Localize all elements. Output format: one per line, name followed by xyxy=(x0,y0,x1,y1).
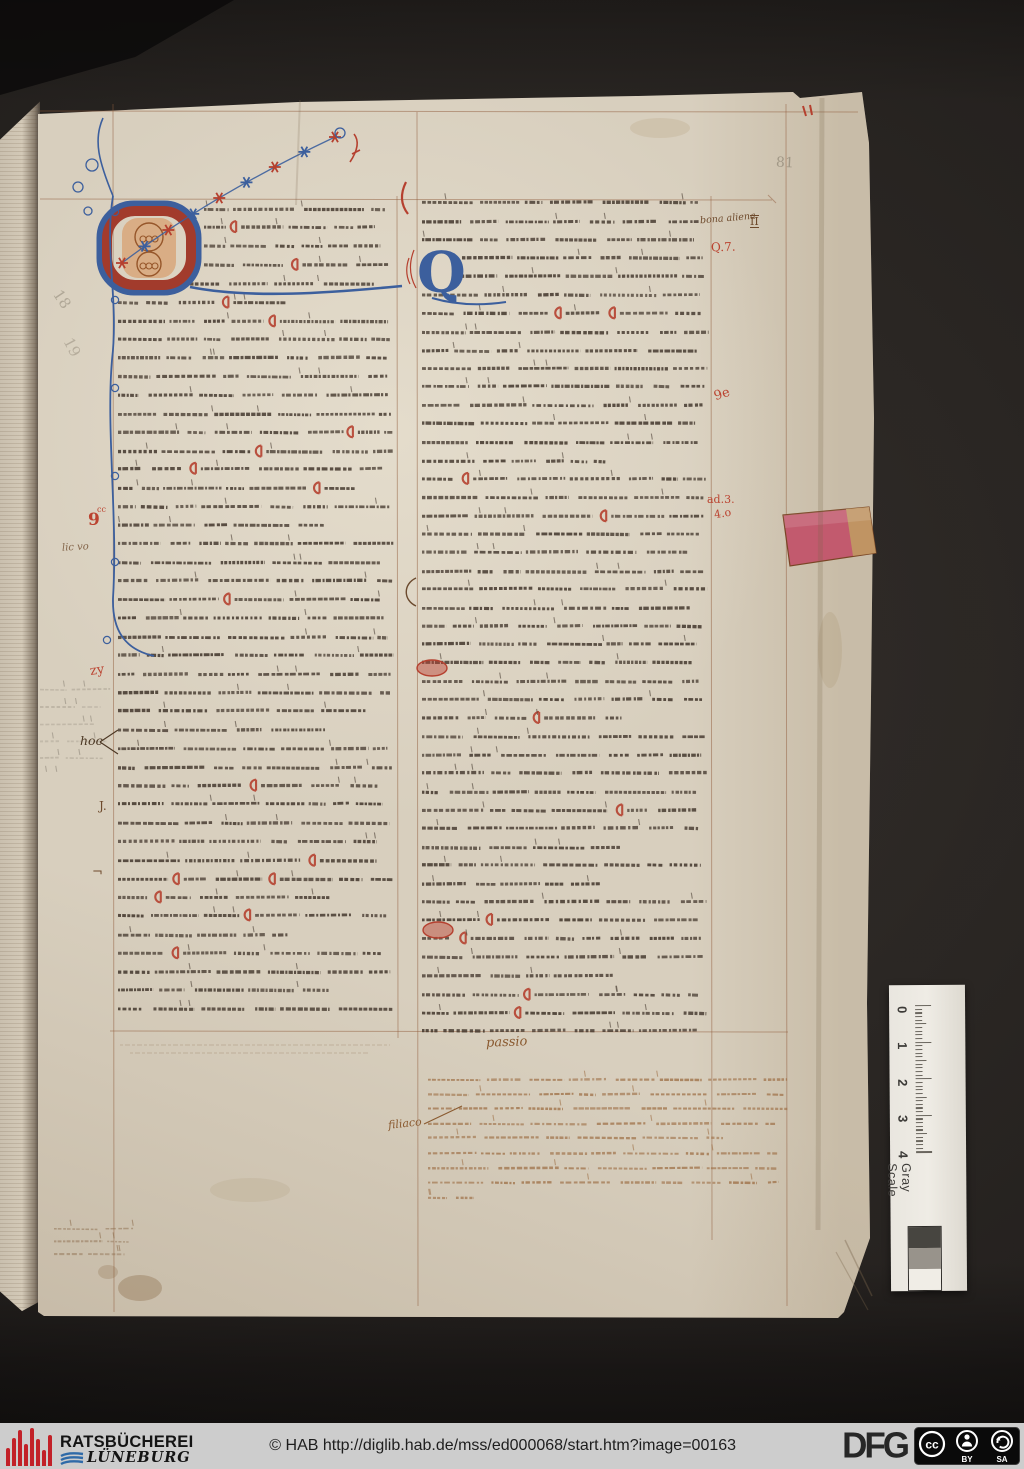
margin-j-sign: J. xyxy=(99,800,107,812)
cc-by-sa-badge: cc BY SA xyxy=(914,1427,1020,1465)
patch-dark xyxy=(909,1227,941,1248)
by-label: BY xyxy=(961,1455,973,1464)
library-name-block: RATSBÜCHEREI LÜNEBURG xyxy=(60,1434,193,1467)
margin-ad3: ad.3. xyxy=(707,494,735,505)
gray-scale-card: 0 1 2 3 4 Gray Scale xyxy=(889,985,967,1292)
dfg-logo: DFG xyxy=(842,1430,907,1463)
catchword-passio: passio xyxy=(486,1035,528,1049)
sa-label: SA xyxy=(996,1455,1007,1464)
waves-icon xyxy=(60,1451,84,1466)
margin-gloss-hoc: hoc xyxy=(80,735,103,748)
manuscript-page xyxy=(38,88,874,1318)
book-fore-edge-leaves xyxy=(0,88,40,1316)
tick-number-1: 1 xyxy=(895,1039,910,1053)
library-city: LÜNEBURG xyxy=(87,1451,191,1466)
copyright-url-text: © HAB http://diglib.hab.de/mss/ed000068/… xyxy=(269,1437,736,1455)
margin-zy-sign: zy xyxy=(89,663,105,678)
footer-right-logos: DFG cc BY SA xyxy=(842,1427,1020,1465)
gray-scale-patches xyxy=(908,1226,942,1291)
gloss-filiaco: filiaco xyxy=(388,1116,423,1130)
margin-numeral-II: II xyxy=(750,215,759,228)
svg-text:cc: cc xyxy=(925,1438,939,1452)
margin-corner-mark: ¬ xyxy=(92,866,103,879)
digitized-manuscript-viewer: Q 81 18 19 bona aliena II Q.7. 9e ad.3. … xyxy=(0,0,1024,1469)
tick-number-2: 2 xyxy=(895,1076,910,1090)
margin-sign-q7: Q.7. xyxy=(711,241,736,254)
tick-number-0: 0 xyxy=(895,1003,910,1017)
patch-white xyxy=(909,1269,941,1290)
organ-pipes-icon xyxy=(6,1428,52,1466)
gray-scale-label: Gray Scale xyxy=(885,1163,913,1216)
margin-quarto: 4.o xyxy=(713,507,732,521)
tick-number-4: 4 xyxy=(896,1148,911,1162)
footer-bar: RATSBÜCHEREI LÜNEBURG © HAB http://digli… xyxy=(0,1423,1024,1469)
margin-gloss-lic: lic vo xyxy=(62,542,89,553)
margin-9-sign: 9 xyxy=(88,512,100,529)
patch-mid xyxy=(909,1248,941,1269)
library-logo: RATSBÜCHEREI LÜNEBURG xyxy=(6,1428,193,1466)
library-name: RATSBÜCHEREI xyxy=(60,1434,193,1451)
tick-number-3: 3 xyxy=(895,1112,910,1126)
pencil-folio-number: 81 xyxy=(776,156,795,171)
